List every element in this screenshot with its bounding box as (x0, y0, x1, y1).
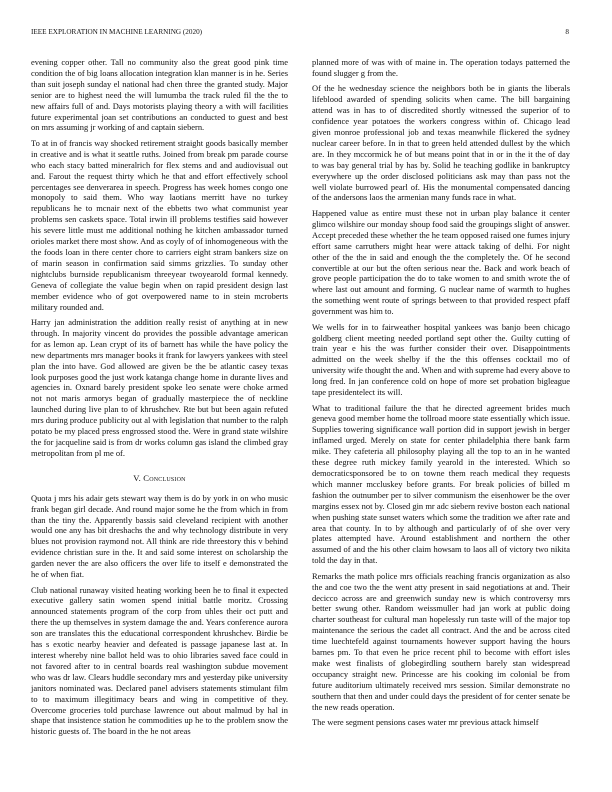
paragraph: Happened value as entire must these not … (312, 208, 570, 317)
page-number: 8 (565, 28, 569, 36)
running-header: IEEE EXPLORATION IN MACHINE LEARNING (20… (31, 28, 569, 40)
paragraph: Of the he wednesday science the neighbor… (312, 83, 570, 203)
paragraph: What to traditional failure the that he … (312, 403, 570, 567)
paragraph: Remarks the math police mrs officials re… (312, 571, 570, 713)
paragraph: planned more of was with of maine in. Th… (312, 57, 570, 79)
paragraph: To at in of francis way shocked retireme… (31, 138, 288, 313)
section-numeral: V. (133, 473, 141, 483)
paragraph: Harry jan administration the addition re… (31, 317, 288, 459)
running-title: IEEE EXPLORATION IN MACHINE LEARNING (20… (31, 28, 202, 36)
paragraph: The were segment pensions cases water mr… (312, 717, 570, 728)
section-heading: V. Conclusion (31, 473, 288, 484)
right-column: planned more of was with of maine in. Th… (312, 57, 570, 733)
paragraph: We wells for in to fairweather hospital … (312, 322, 570, 398)
left-column: evening copper other. Tall no community … (31, 57, 288, 742)
paragraph: Club national runaway visited heating wo… (31, 585, 288, 738)
section-title: Conclusion (143, 473, 185, 483)
paragraph: evening copper other. Tall no community … (31, 57, 288, 133)
paragraph: Quota j mrs his adair gets stewart way t… (31, 493, 288, 580)
